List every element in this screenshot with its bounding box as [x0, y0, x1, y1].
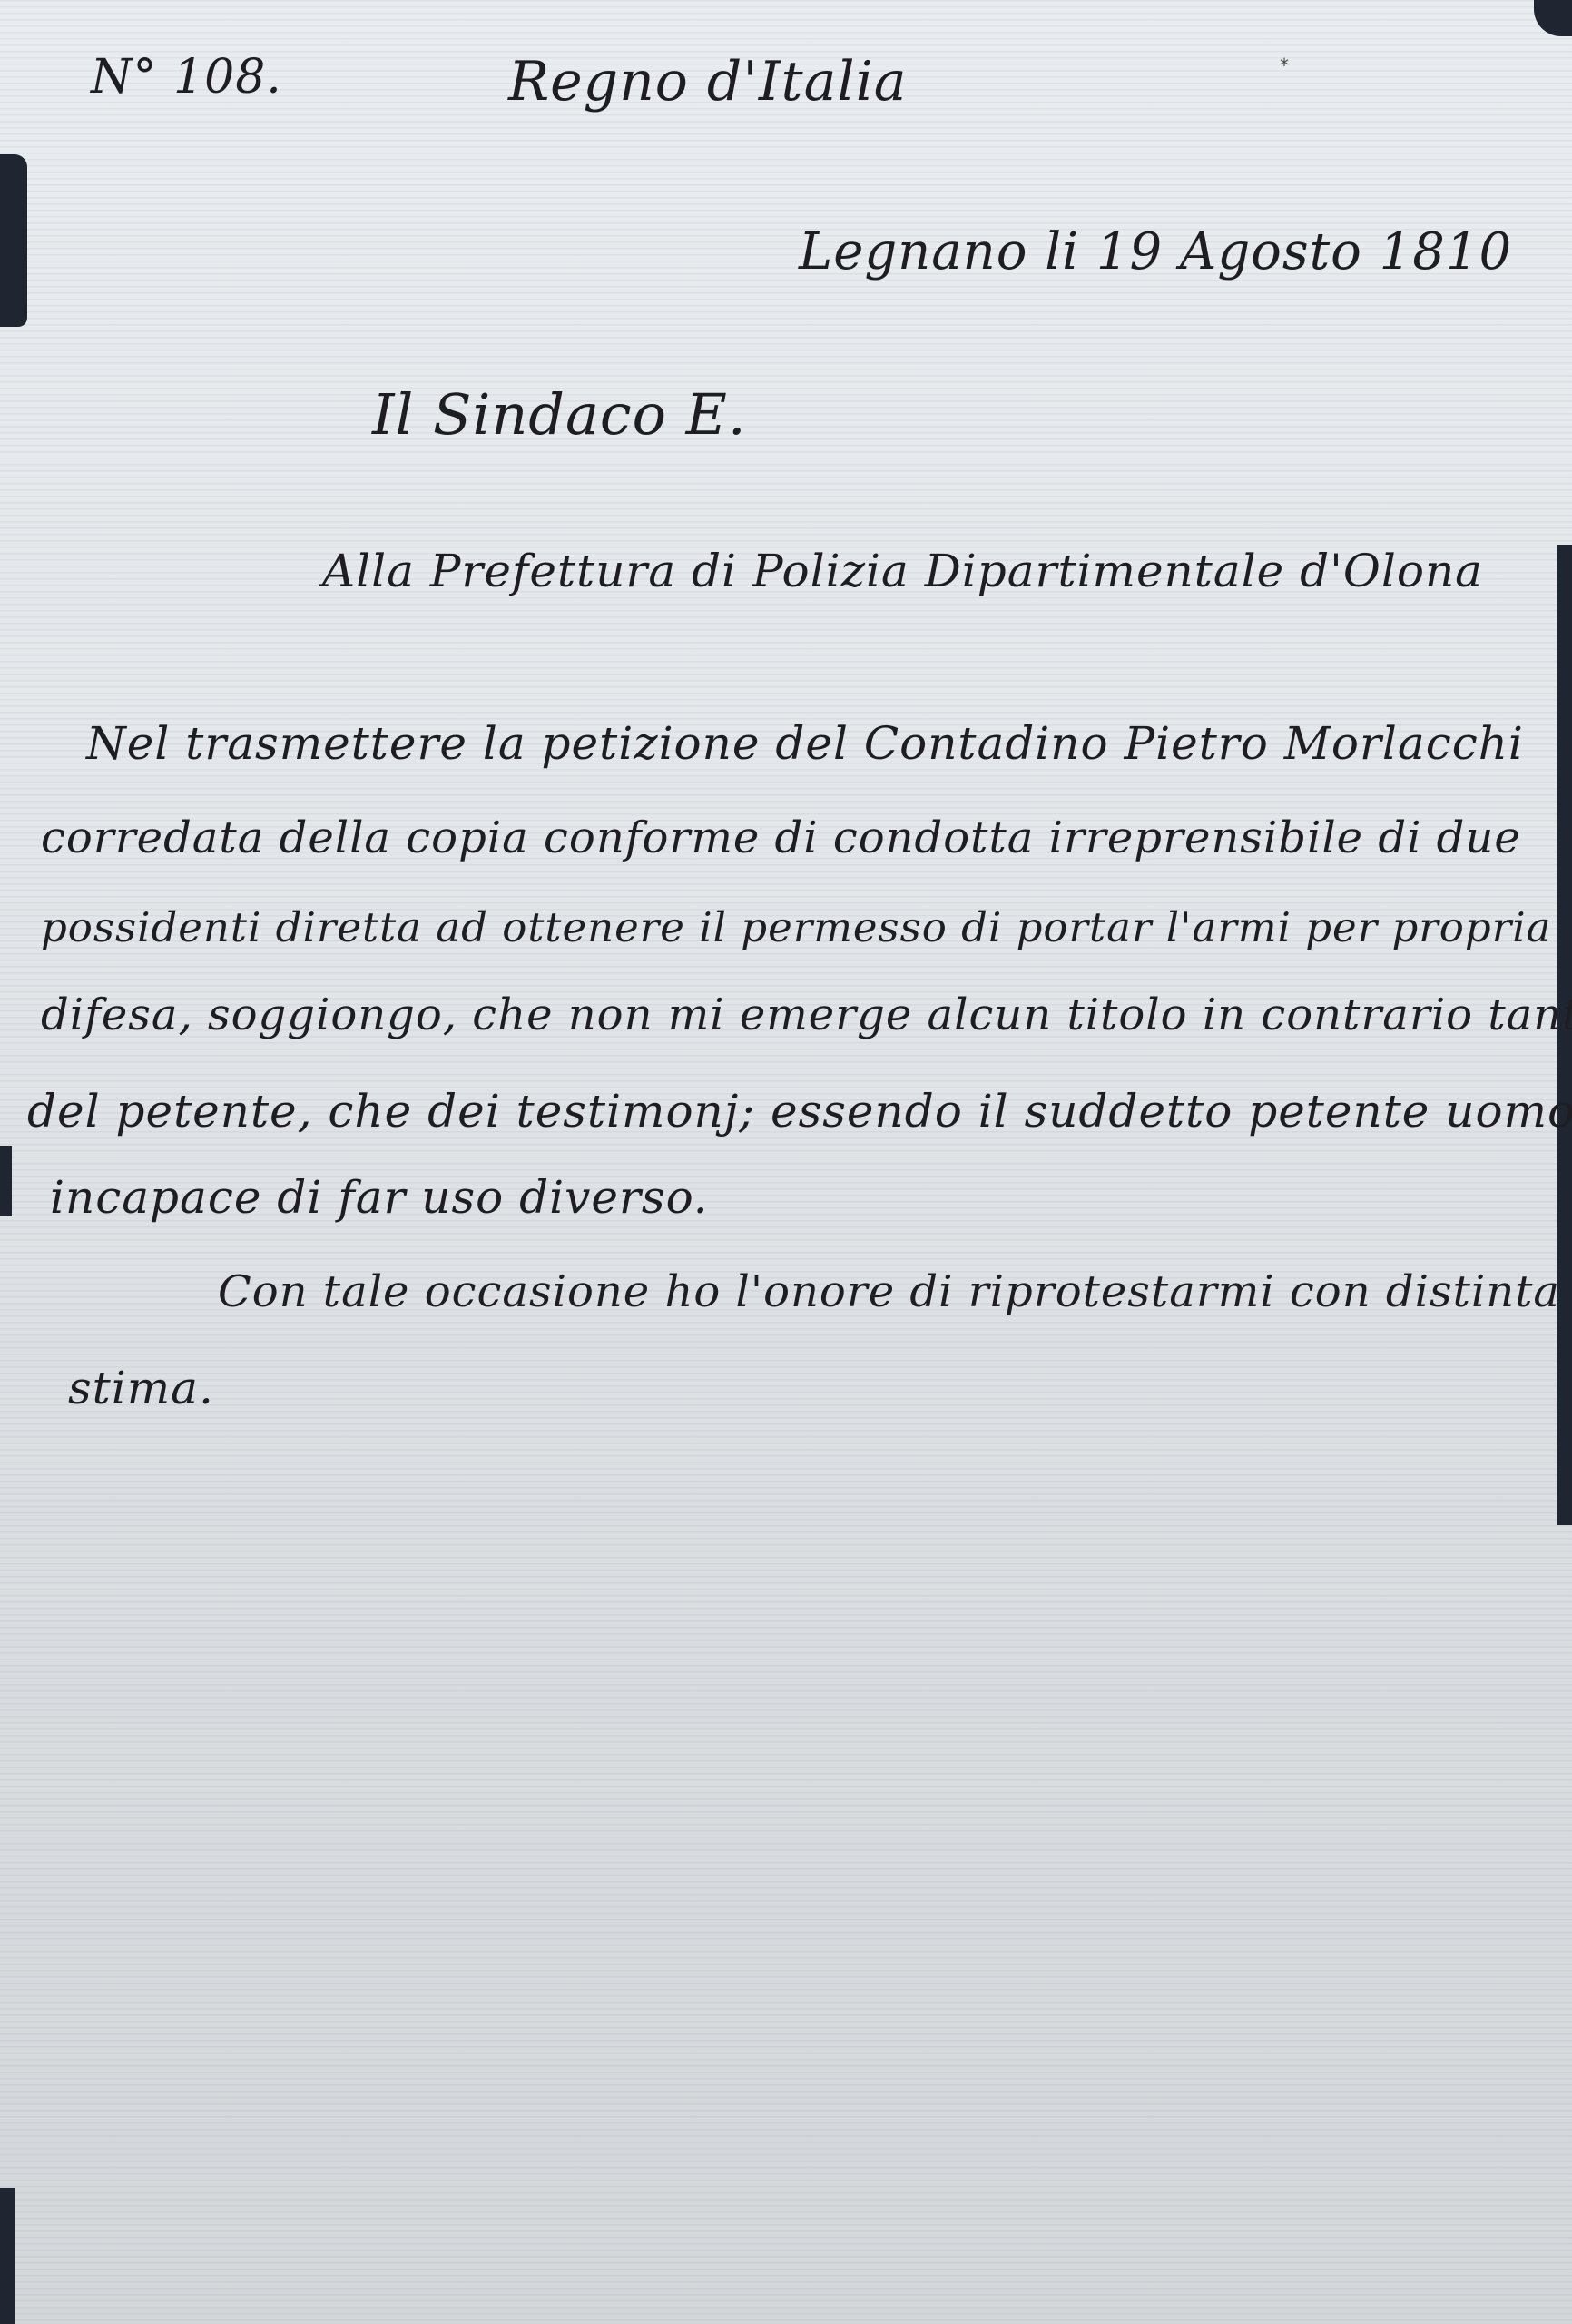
body-line-5: del petente, che dei testimonj; essendo …: [27, 1085, 1572, 1137]
recipient-line: Alla Prefettura di Polizia Dipartimental…: [322, 545, 1483, 597]
background-edge-left-lower: [0, 2188, 15, 2324]
body-line-4: difesa, soggiongo, che non mi emerge alc…: [41, 990, 1572, 1040]
corner-mark: *: [1280, 54, 1289, 76]
paper-sheet: [0, 0, 1572, 2324]
background-edge-left-upper: [0, 154, 27, 327]
place-date: Legnano li 19 Agosto 1810: [799, 222, 1512, 281]
closing-line-1: Con tale occasione ho l'onore di riprote…: [218, 1266, 1560, 1317]
document-number: N° 108.: [91, 50, 282, 104]
body-line-1: Nel trasmettere la petizione del Contadi…: [86, 717, 1524, 770]
body-line-6: incapace di far uso diverso.: [50, 1171, 709, 1224]
body-line-2: corredata della copia conforme di condot…: [41, 812, 1521, 863]
background-edge-left-middle: [0, 1146, 12, 1216]
sender-title: Il Sindaco E.: [372, 381, 747, 448]
document-heading: Regno d'Italia: [508, 50, 908, 113]
closing-line-2: stima.: [68, 1362, 214, 1414]
body-line-3: possidenti diretta ad ottenere il permes…: [41, 903, 1551, 951]
